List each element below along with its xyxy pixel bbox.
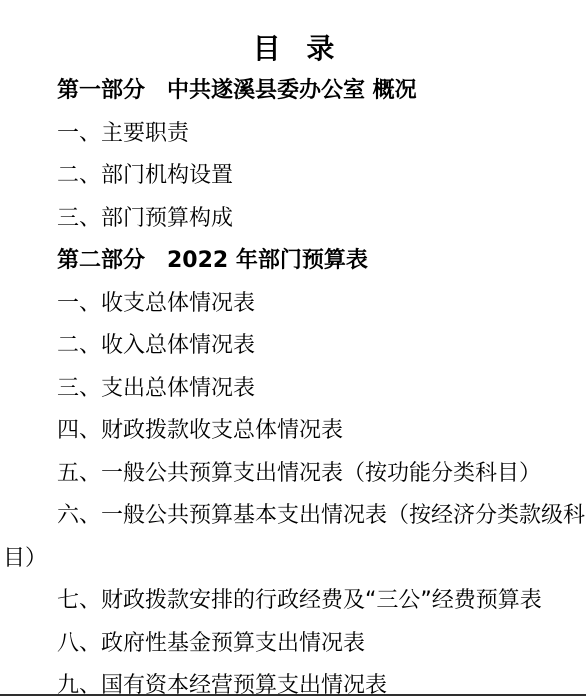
toc-item: 一、收支总体情况表	[0, 283, 588, 326]
toc-item: 五、一般公共预算支出情况表（按功能分类科目）	[0, 453, 588, 496]
section-heading-part1: 第一部分 中共遂溪县委办公室 概况	[0, 70, 588, 113]
toc-page: 目 录 第一部分 中共遂溪县委办公室 概况 一、主要职责 二、部门机构设置 三、…	[0, 0, 588, 700]
page-title: 目 录	[0, 27, 588, 70]
page-bottom-divider	[0, 694, 586, 696]
toc-item: 一、主要职责	[0, 113, 588, 156]
section-heading-part2: 第二部分 2022 年部门预算表	[0, 240, 588, 283]
toc-item: 三、支出总体情况表	[0, 368, 588, 411]
toc-item: 三、部门预算构成	[0, 198, 588, 241]
toc-item: 二、收入总体情况表	[0, 325, 588, 368]
toc-item: 二、部门机构设置	[0, 155, 588, 198]
toc-item: 八、政府性基金预算支出情况表	[0, 623, 588, 666]
toc-item: 七、财政拨款安排的行政经费及“三公”经费预算表	[0, 580, 588, 623]
toc-item: 四、财政拨款收支总体情况表	[0, 410, 588, 453]
toc-item: 六、一般公共预算基本支出情况表（按经济分类款级科目）	[0, 495, 588, 580]
